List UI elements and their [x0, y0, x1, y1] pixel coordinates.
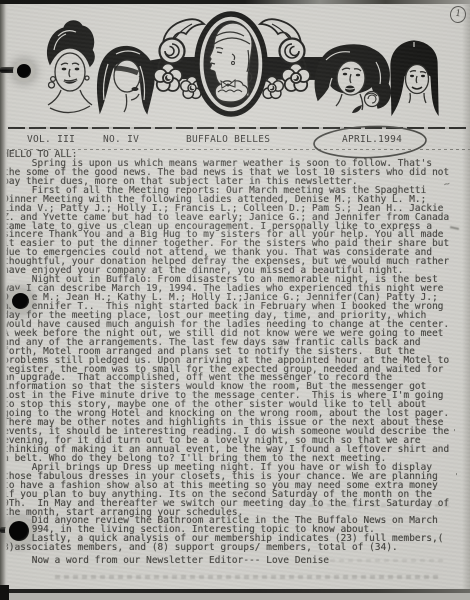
scan-top-edge [0, 0, 470, 4]
masthead-volume: VOL. III [27, 134, 75, 145]
masthead-illustration [20, 6, 444, 126]
page-number-digit: 1 [454, 9, 461, 20]
hand-drawn-date-ellipse [310, 123, 430, 163]
cameo-illustration [197, 14, 265, 114]
hole-punch [9, 521, 29, 541]
hole-punch [12, 293, 29, 309]
scan-left-edge [0, 0, 8, 600]
underlying-page [0, 593, 470, 600]
newsletter-title: BUFFALO BELLES [186, 134, 270, 145]
belle-face-illustration [48, 21, 94, 113]
text-line: 3)associates members, and (8) support gr… [3, 544, 465, 553]
masthead-number: NO. IV [103, 134, 139, 145]
belle-face-illustration [315, 45, 390, 113]
bleed-through-text [55, 575, 440, 579]
scanned-newsletter-page: VOL. III NO. IV BUFFALO BELLES APRIL.199… [0, 0, 470, 600]
text-line: Now a word from our Newsletter Editor---… [3, 557, 465, 566]
scan-corner-mark [0, 585, 9, 600]
page-bottom-edge [0, 589, 470, 593]
belle-face-illustration [98, 47, 154, 114]
stray-mark: ' [454, 472, 459, 481]
newsletter-body-text: HELLO TO ALL: Spring is upon us which me… [3, 151, 465, 566]
belle-face-illustration [391, 41, 438, 114]
stray-mark: ' [452, 428, 457, 437]
hole-punch [17, 64, 31, 78]
